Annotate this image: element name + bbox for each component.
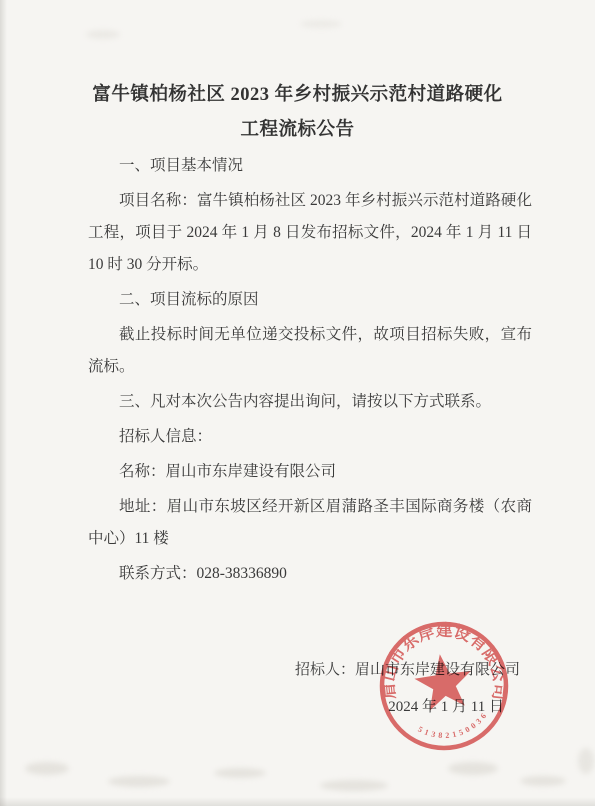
section-heading-1: 一、项目基本情况 (88, 150, 532, 182)
section-heading-3: 三、凡对本次公告内容提出询问，请按以下方式联系。 (88, 386, 532, 418)
tenderer-address-line: 地址：眉山市东坡区经开新区眉蒲路圣丰国际商务楼（农商中心）11 楼 (88, 491, 532, 555)
tenderer-info-label: 招标人信息： (88, 421, 532, 453)
scan-noise (320, 780, 388, 791)
seal-star-icon (412, 650, 476, 712)
scan-noise (448, 762, 498, 775)
page-title: 富牛镇柏杨社区 2023 年乡村振兴示范村道路硬化工程流标公告 (87, 78, 508, 148)
scan-noise (108, 776, 170, 787)
section-heading-2: 二、项目流标的原因 (88, 284, 532, 316)
scan-noise (25, 762, 69, 775)
scan-noise (578, 748, 594, 774)
scanned-document-page: 富牛镇柏杨社区 2023 年乡村振兴示范村道路硬化工程流标公告 一、项目基本情况… (0, 0, 595, 806)
scan-edge-shadow-bottom (0, 797, 595, 806)
tenderer-contact-line: 联系方式：028-38336890 (88, 558, 532, 590)
paragraph-failure-reason: 截止投标时间无单位递交投标文件，故项目招标失败，宣布流标。 (88, 319, 532, 383)
paragraph-project-info: 项目名称：富牛镇柏杨社区 2023 年乡村振兴示范村道路硬化工程，项目于 202… (88, 185, 532, 281)
scan-noise (86, 30, 120, 39)
tenderer-name-line: 名称：眉山市东岸建设有限公司 (88, 456, 532, 488)
document-body: 一、项目基本情况 项目名称：富牛镇柏杨社区 2023 年乡村振兴示范村道路硬化工… (88, 150, 532, 593)
company-seal-stamp: 眉山市东岸建设有限公司 5138215003606 (376, 618, 512, 754)
scan-edge-shadow-left (0, 0, 7, 806)
scan-noise (300, 20, 342, 28)
scan-noise (520, 776, 566, 786)
scan-noise (214, 768, 266, 778)
